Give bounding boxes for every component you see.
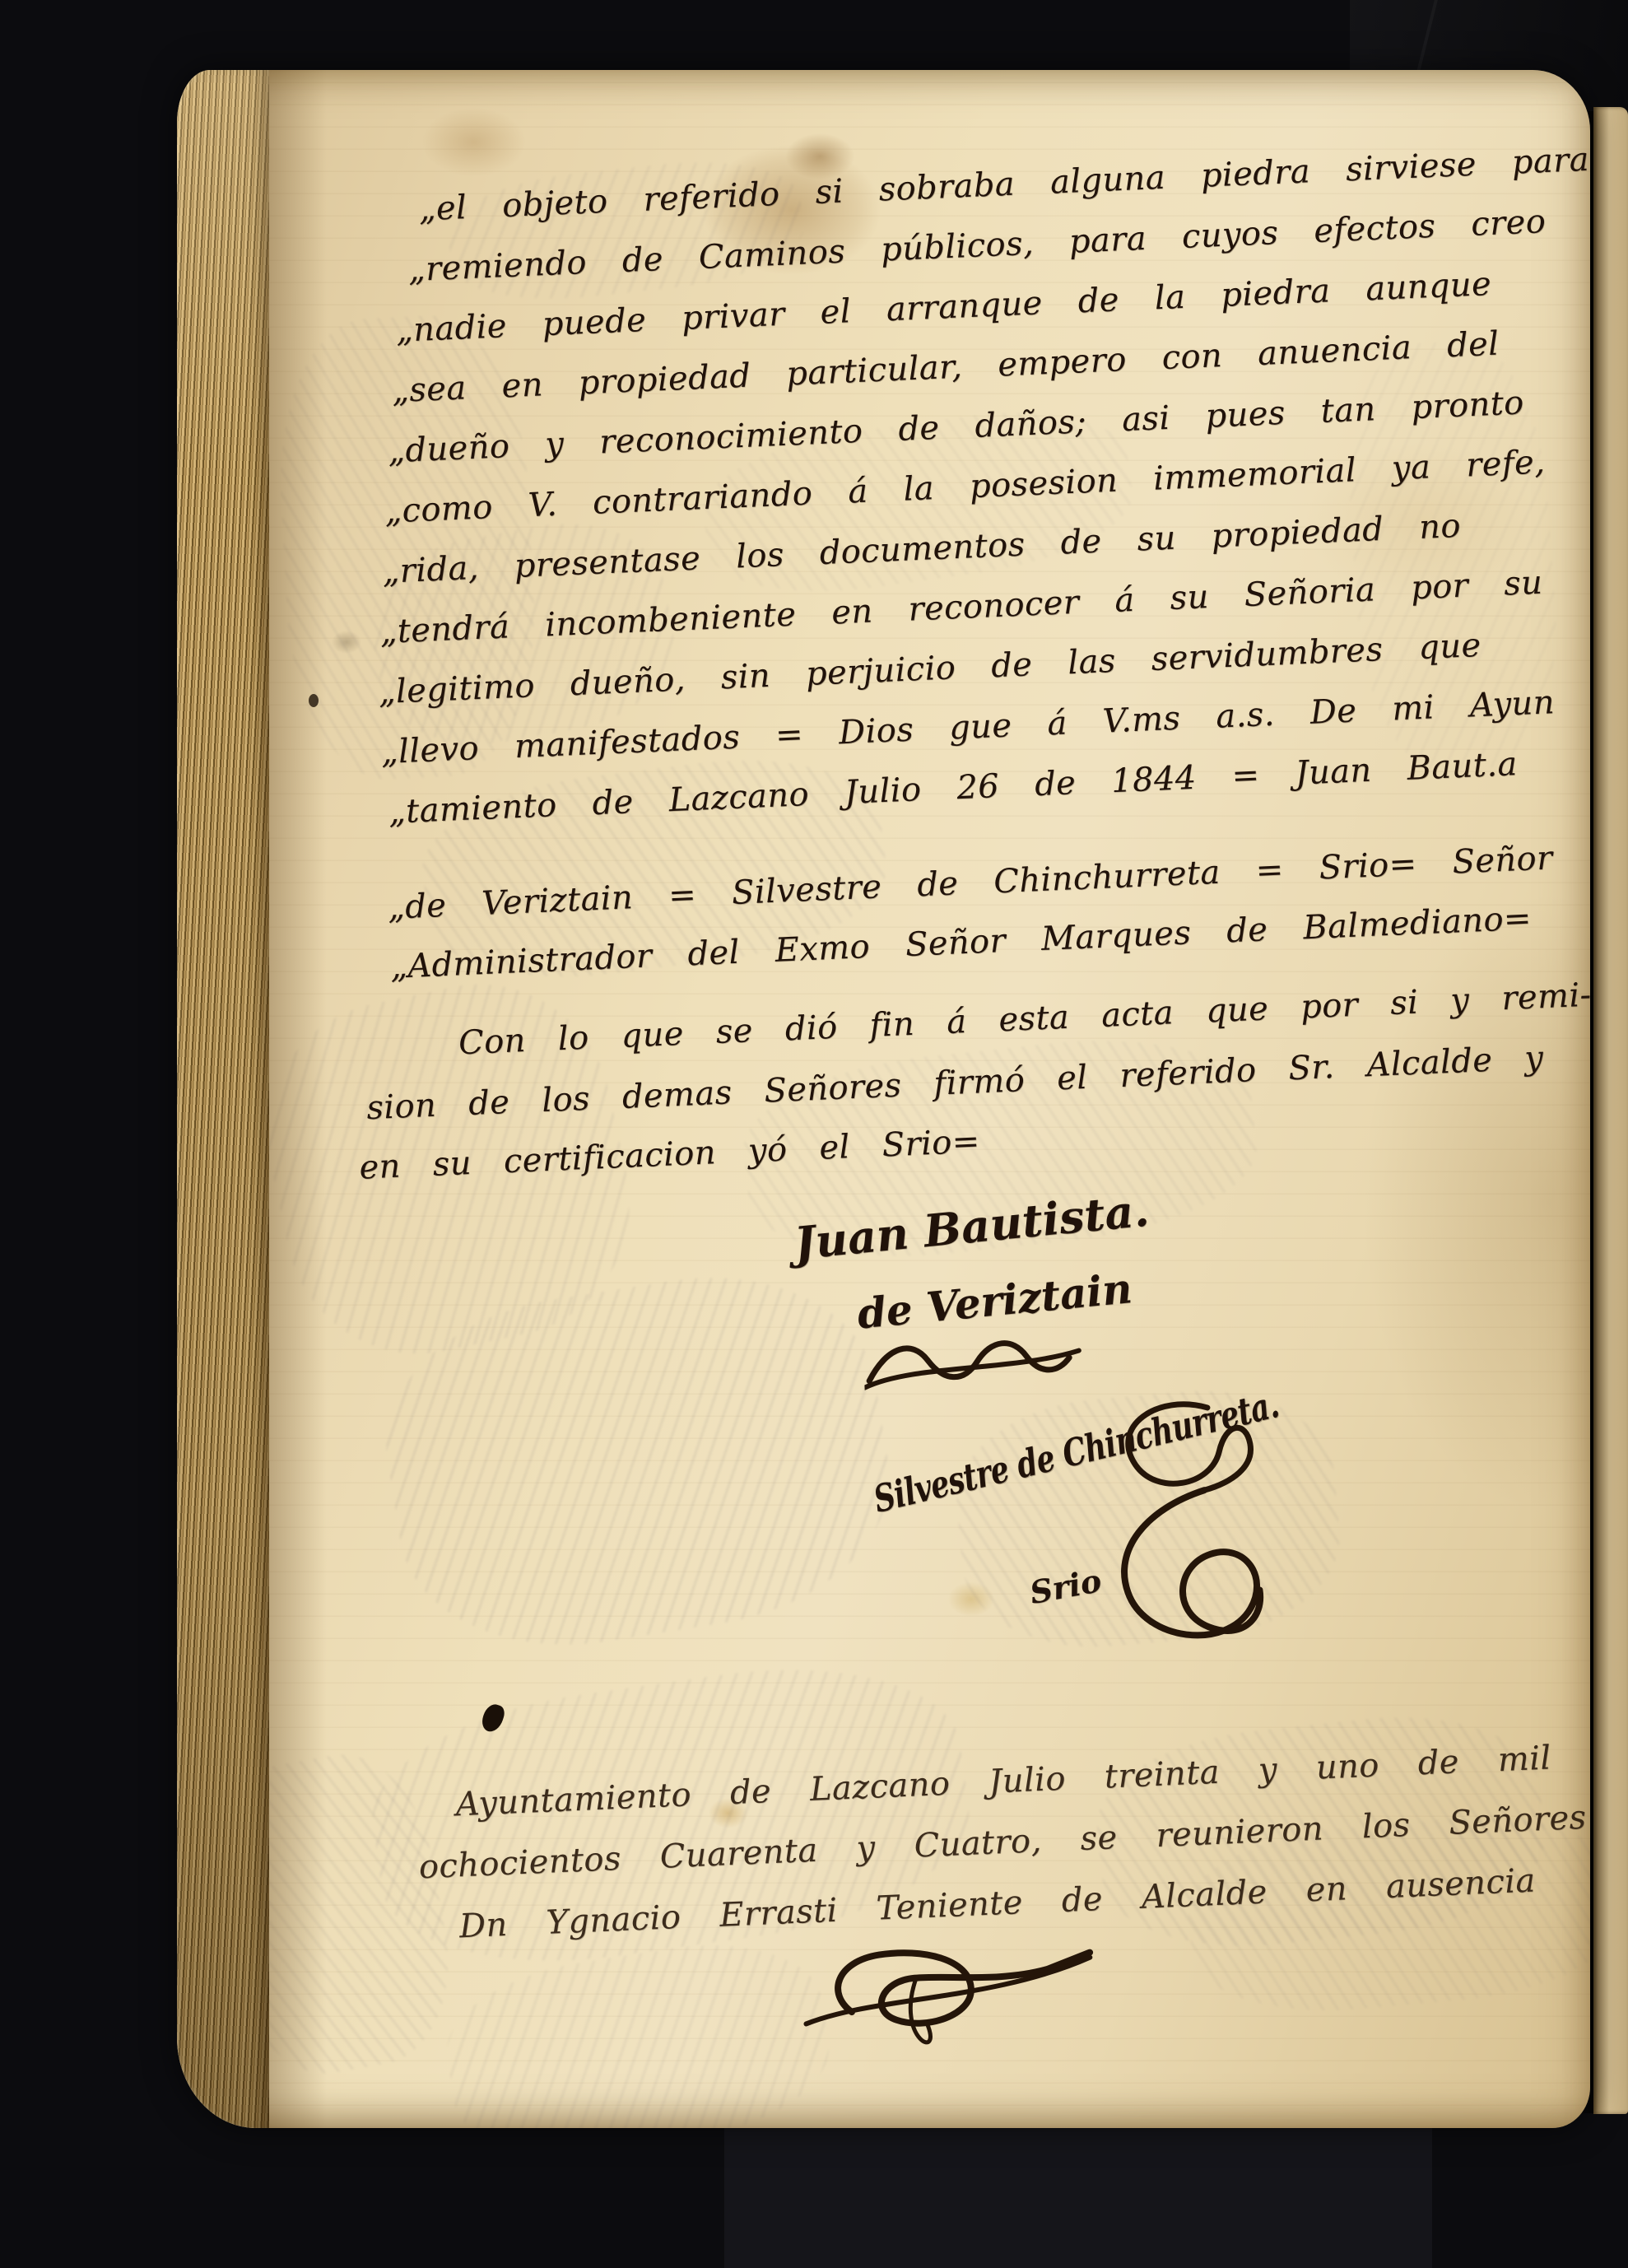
- manuscript-text-block: „el objeto referido si sobraba alguna pi…: [177, 70, 1590, 2128]
- signature-juan-bautista: Juan Bautista.: [793, 1188, 1151, 1266]
- facing-page-edge: [1593, 107, 1628, 2114]
- closing-paragraph-line: en su certificacion yó el Srio=: [359, 1125, 981, 1184]
- signature-rubric-flourish: [1084, 1395, 1272, 1674]
- manuscript-page: „el objeto referido si sobraba alguna pi…: [177, 70, 1590, 2128]
- closing-paraph-flourish: [799, 1932, 1105, 2072]
- photograph-background: „el objeto referido si sobraba alguna pi…: [0, 0, 1628, 2268]
- book-page-edges: [177, 70, 269, 2128]
- backdrop-table-shadow: [724, 2128, 1432, 2268]
- page-crease-shadow: [269, 70, 327, 2128]
- signature-rubric-flourish: [863, 1320, 1088, 1408]
- page-edges-shading: [177, 70, 269, 2128]
